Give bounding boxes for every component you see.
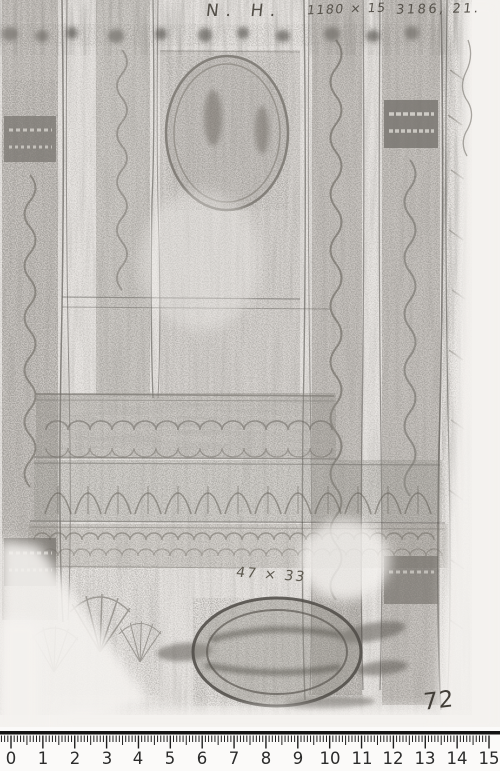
knotwork-frieze <box>36 393 336 459</box>
ruler-number: 15 <box>479 749 500 768</box>
right-lower-cartouche <box>384 556 438 604</box>
inner-left-band <box>96 0 150 395</box>
ruler-number: 4 <box>133 749 144 768</box>
ruler-number: 11 <box>352 749 373 768</box>
annotation-measurement-1: 1180 × 15 <box>306 0 387 17</box>
ruler-number: 13 <box>415 749 436 768</box>
ruler-number: 8 <box>261 749 272 768</box>
scanned-rubbing-page: 0 1 2 3 4 5 6 7 8 9 10 11 12 13 14 15 N.… <box>0 0 500 771</box>
ruler-number: 2 <box>70 749 81 768</box>
annotation-page-number: 72 <box>423 686 455 716</box>
left-upper-cartouche <box>4 116 56 162</box>
ruler-number: 7 <box>229 749 240 768</box>
rubbing-artwork: 0 1 2 3 4 5 6 7 8 9 10 11 12 13 14 15 <box>0 0 500 771</box>
right-inscription-cartouche <box>384 100 438 148</box>
ruler-number: 6 <box>197 749 208 768</box>
ruler-number: 0 <box>6 749 17 768</box>
annotation-initials: N. H. <box>205 1 284 21</box>
ruler-number: 10 <box>320 749 341 768</box>
ruler-number: 1 <box>38 749 49 768</box>
ruler-number: 12 <box>383 749 404 768</box>
figured-frieze <box>34 460 442 522</box>
ruler-number: 3 <box>102 749 113 768</box>
annotation-measurement-2: 3186, 21. <box>395 1 481 18</box>
ruler-edge-line <box>0 731 500 735</box>
ruler-number: 5 <box>165 749 176 768</box>
top-smudge-row <box>0 24 440 46</box>
top-oval-medallion <box>166 56 288 210</box>
ruler: 0 1 2 3 4 5 6 7 8 9 10 11 12 13 14 15 <box>0 727 500 771</box>
ruler-number: 9 <box>293 749 304 768</box>
ruler-number: 14 <box>447 749 468 768</box>
